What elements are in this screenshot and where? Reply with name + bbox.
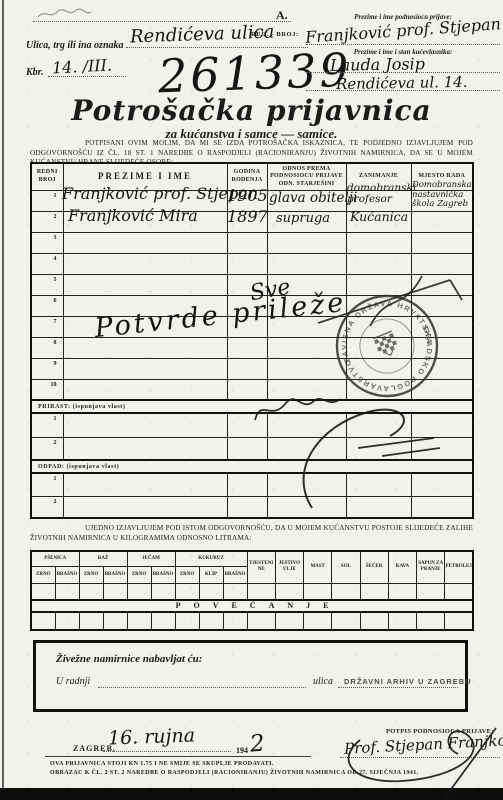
official-pen-flourish — [240, 388, 450, 518]
supplies-group-header-row: PŠENICA RAŽ JEČAM KUKURUZ TJESTENINE JES… — [31, 551, 473, 566]
row2-occupation-handwriting: Kućanica — [350, 209, 408, 224]
form-title: Potrošačka prijavnica — [0, 94, 503, 127]
street-field-dotted-line — [338, 687, 458, 688]
row-number: 9 — [31, 358, 63, 379]
povecanje-band-row: POVEĆANJE — [31, 600, 473, 612]
row-number: 5 — [31, 274, 63, 295]
cell-workplace — [411, 211, 473, 232]
col-header-redni-broj: REDNI BROJ — [31, 163, 63, 190]
house-number-label: Kbr. — [26, 67, 44, 78]
row-number: 1 — [31, 190, 63, 211]
year-handwriting: 2 — [249, 730, 266, 757]
archive-stamp-text: DRŽAVNI ARHIV U ZAGREBU — [344, 677, 472, 686]
sub-klip: KLIP — [199, 566, 223, 583]
supplies-empty-row — [31, 583, 473, 600]
street-field-label: ulica — [313, 676, 333, 687]
owner-dotted-line — [306, 72, 500, 73]
row-number: 4 — [31, 253, 63, 274]
row-number: 2 — [31, 211, 63, 232]
sub-zrno: ZRNO — [79, 566, 103, 583]
row-number: 3 — [31, 232, 63, 253]
house-number-dotted-line — [48, 76, 126, 77]
supplies-table: PŠENICA RAŽ JEČAM KUKURUZ TJESTENINE JES… — [30, 550, 474, 631]
street-value-handwriting: Rendićeva ulica — [130, 21, 275, 47]
official-round-stamp: NEZAVISNA DRŽAVA HRVATSKA GRADSKO POGLAV… — [333, 292, 441, 400]
year-printed: 194 — [236, 746, 248, 755]
shop-dotted-line — [98, 687, 306, 688]
group-jecam: JEČAM — [127, 551, 175, 566]
house-number-handwriting: 14. /III. — [52, 55, 113, 77]
row-number: 2 — [31, 496, 63, 518]
group-psenica: PŠENICA — [31, 551, 79, 566]
row-number: 10 — [31, 379, 63, 400]
date-dotted-line — [103, 751, 231, 752]
sub-brasno: BRAŠNO — [103, 566, 127, 583]
col-header-odnos: ODNOS PREMA PODNOSIOCU PRIJAVE ODN. STAR… — [267, 163, 346, 190]
person-row: 3 — [31, 232, 473, 253]
col-tjestenine: TJESTENINE — [247, 551, 275, 583]
row-number: 7 — [31, 316, 63, 337]
col-sapun: SAPUN ZA PRANJE — [417, 551, 445, 583]
group-kukuruz: KUKURUZ — [175, 551, 247, 566]
col-secer: ŠEĆER — [360, 551, 388, 583]
col-mast: MAST — [304, 551, 332, 583]
col-sol: SOL — [332, 551, 360, 583]
row-number: 6 — [31, 295, 63, 316]
row1-workplace-handwriting: Domobranska nastavnička škola Zagreb — [412, 181, 470, 210]
sub-brasno: BRAŠNO — [151, 566, 175, 583]
section-letter: A. — [276, 8, 288, 23]
row-number: 2 — [31, 437, 63, 460]
col-kava: KAVA — [388, 551, 416, 583]
row1-occupation-handwriting: domobranski profesor — [347, 183, 409, 205]
row-number: 1 — [31, 473, 63, 496]
row2-year-handwriting: 1897 — [227, 207, 268, 226]
sub-zrno: ZRNO — [127, 566, 151, 583]
owner-address-dotted-line — [306, 90, 500, 91]
footer-note1: OVA PRIJAVNICA STOJI KN 1.75 I NE SMIJE … — [50, 761, 274, 767]
col-jestivo-ulje: JESTIVO ULJE — [275, 551, 303, 583]
applicant-dotted-line — [306, 44, 500, 45]
row2-name-handwriting: Franjković Mira — [68, 206, 198, 225]
stamp-coat-of-arms — [373, 331, 400, 359]
purchase-box-title: Živežne namirnice nabavljat ću: — [56, 653, 202, 665]
purchase-box: Živežne namirnice nabavljat ću: U radnji… — [33, 640, 468, 712]
group-raz: RAŽ — [79, 551, 127, 566]
scanned-form-page: A. REG. - BROJ: Ulica, trg ili ina oznak… — [0, 0, 503, 800]
row-number: 8 — [31, 337, 63, 358]
faint-scribble — [35, 6, 93, 22]
shop-label: U radnji — [56, 676, 90, 687]
street-label: Ulica, trg ili ina oznaka — [26, 40, 124, 51]
signature-flourish — [330, 718, 503, 798]
supplies-intro-text: UJEDNO IZJAVLJUJEM POD ISTOM ODGOVORNOŠĆ… — [30, 524, 473, 543]
sub-zrno: ZRNO — [175, 566, 199, 583]
date-handwriting: 16. rujna — [108, 724, 196, 749]
povecanje-band-label: POVEĆANJE — [31, 600, 473, 612]
row1-year-handwriting: 1905 — [227, 186, 268, 205]
row2-relation-handwriting: supruga — [276, 211, 330, 226]
supplies-empty-row — [31, 612, 473, 630]
sub-zrno: ZRNO — [31, 566, 55, 583]
row1-relation-handwriting: glava obitelji — [269, 190, 357, 206]
sub-brasno: BRAŠNO — [55, 566, 79, 583]
sub-brasno: BRAŠNO — [223, 566, 247, 583]
footer-note2: OBRAZAC K ČL. 2 ST. 2 NAREDBE O RASPODJE… — [50, 770, 419, 776]
footer-separator-line — [45, 756, 311, 757]
row-number: 1 — [31, 413, 63, 437]
col-petrolej: PETROLEJ — [445, 551, 473, 583]
